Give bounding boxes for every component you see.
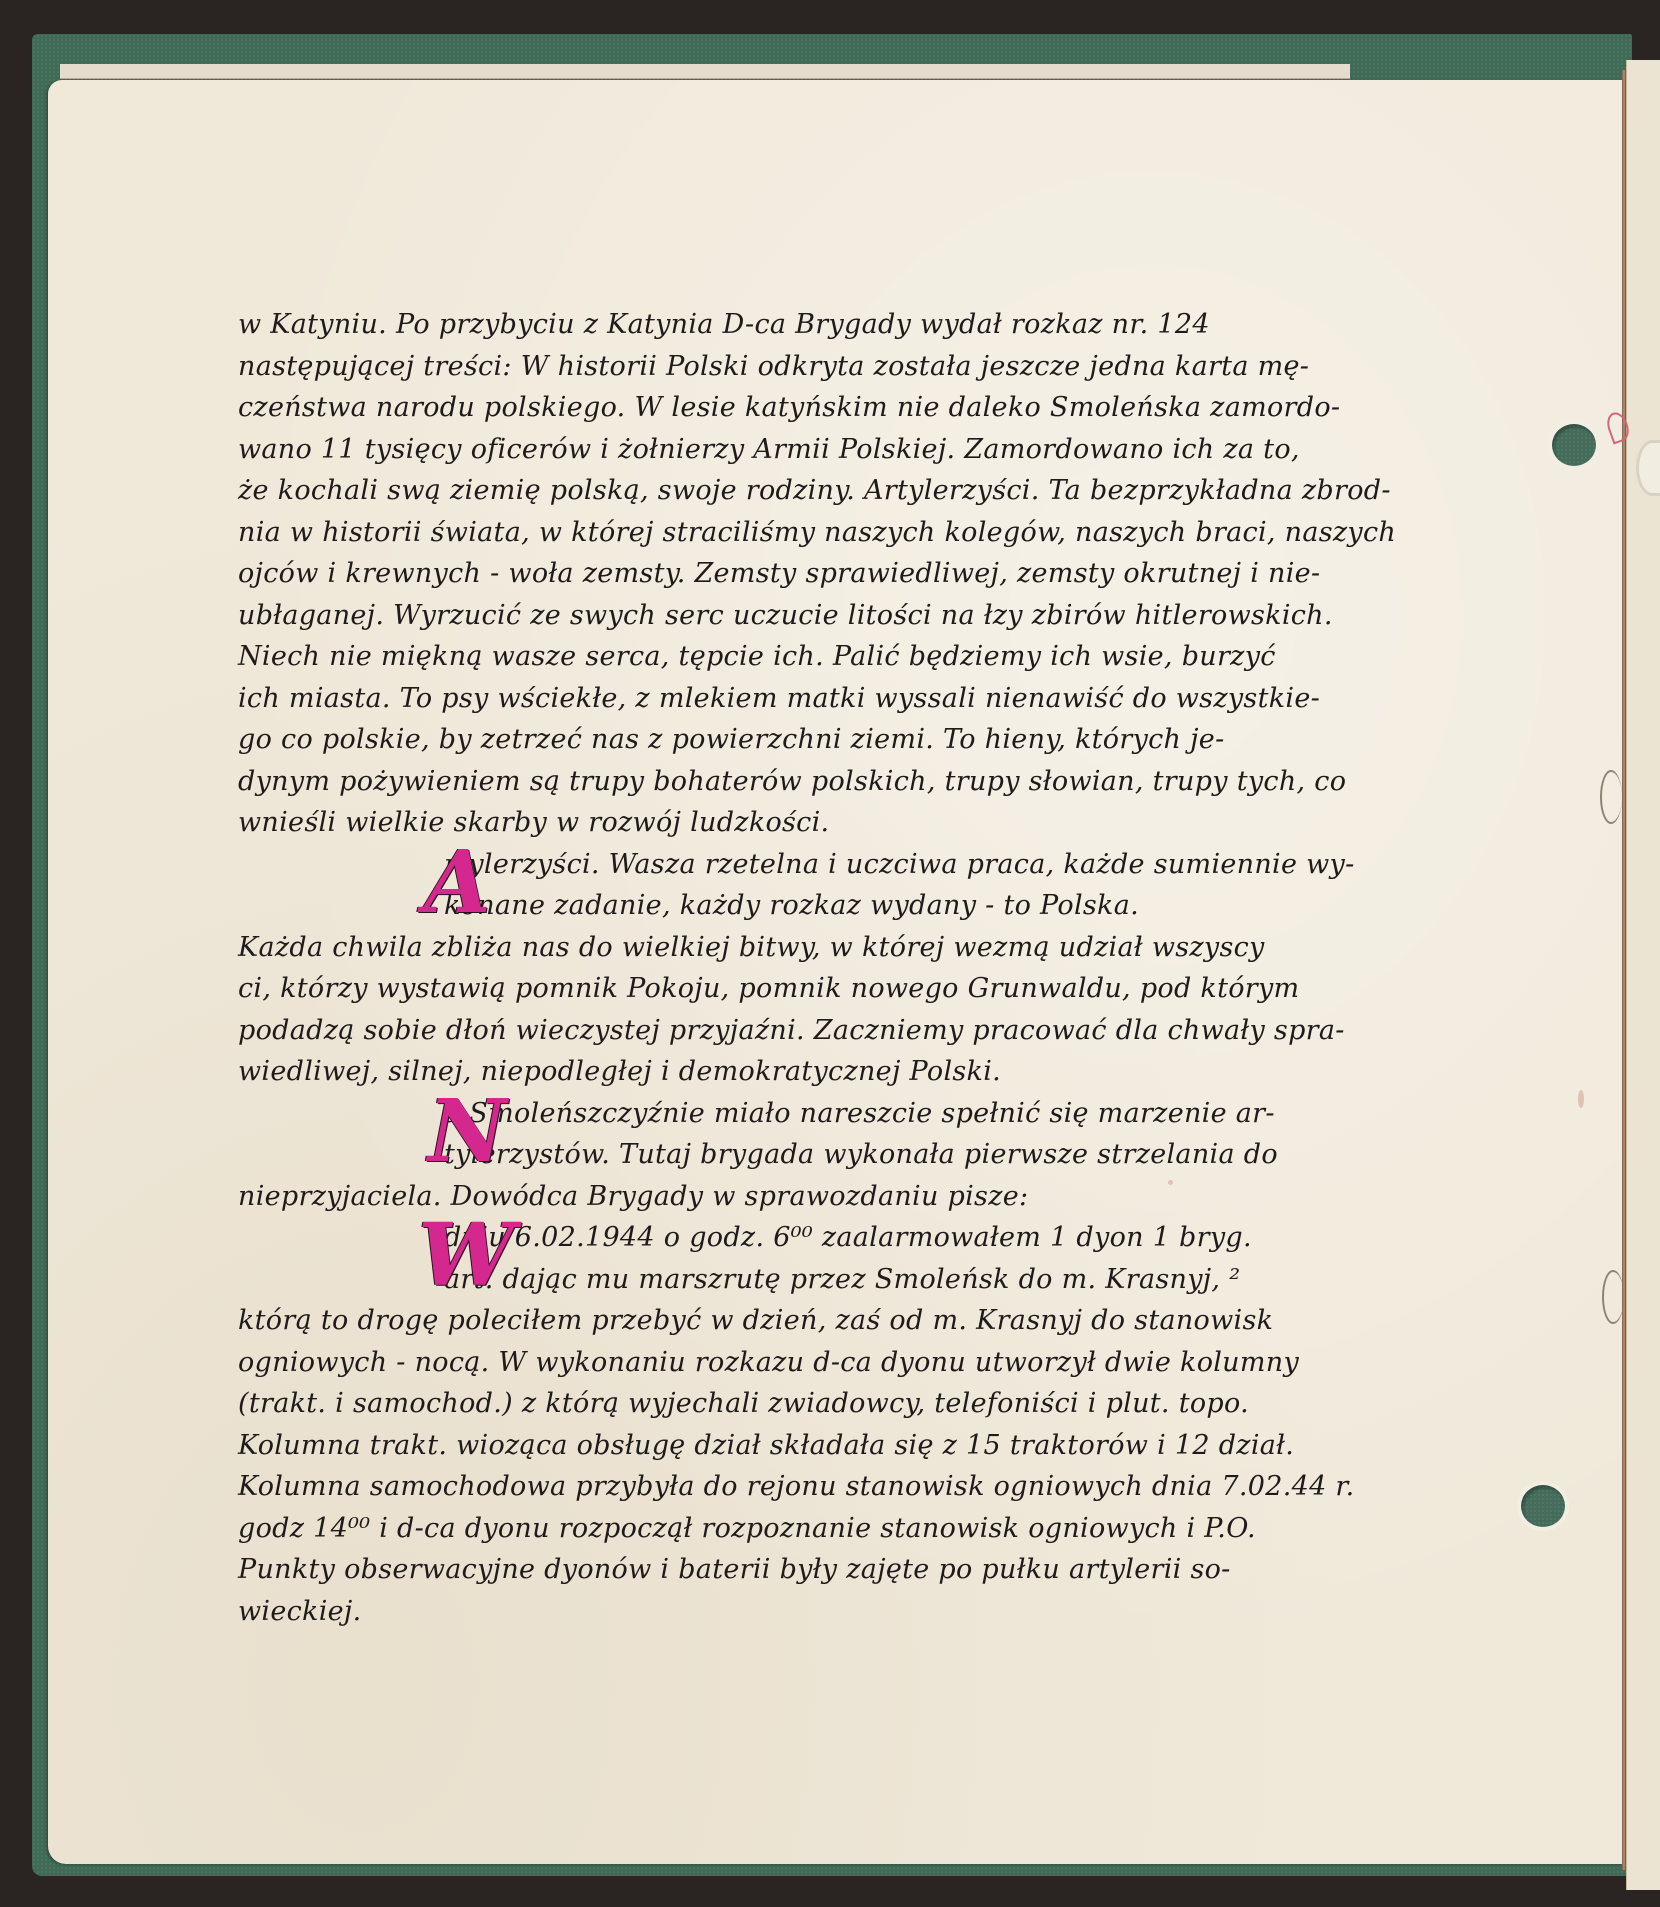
text-line: wano 11 tysięcy oficerów i żołnierzy Arm… <box>238 429 1428 471</box>
facing-page-edge <box>1626 60 1660 1890</box>
handwritten-text: w Katyniu. Po przybyciu z Katynia D-ca B… <box>238 304 1428 1632</box>
text-line: ojców i krewnych - woła zemsty. Zemsty s… <box>238 553 1428 595</box>
text-line: Kolumna trakt. wioząca obsługę dział skł… <box>238 1425 1428 1467</box>
paragraph-artillerymen: A rtylerzyści. Wasza rzetelna i uczciwa … <box>238 844 1428 1093</box>
text-line: dniu 6.02.1944 o godz. 6⁰⁰ zaalarmowałem… <box>238 1217 1428 1259</box>
text-line: następującej treści: W historii Polski o… <box>238 346 1428 388</box>
text-line: a Smoleńszczyźnie miało nareszcie spełni… <box>238 1093 1428 1135</box>
underlying-page-edge <box>60 64 1350 79</box>
text-line: (trakt. i samochod.) z którą wyjechali z… <box>238 1383 1428 1425</box>
punch-hole-bottom <box>1521 1485 1565 1527</box>
gray-binding-thread <box>1602 1270 1624 1324</box>
paragraph-katyn-order: w Katyniu. Po przybyciu z Katynia D-ca B… <box>238 304 1428 844</box>
binding-edge <box>1622 70 1626 1870</box>
text-line: dynym pożywieniem są trupy bohaterów pol… <box>238 761 1428 803</box>
text-line: godz 14⁰⁰ i d-ca dyonu rozpoczął rozpozn… <box>238 1508 1428 1550</box>
text-line: Kolumna samochodowa przybyła do rejonu s… <box>238 1466 1428 1508</box>
text-line: którą to drogę poleciłem przebyć w dzień… <box>238 1300 1428 1342</box>
text-line: wnieśli wielkie skarby w rozwój ludzkośc… <box>238 802 1428 844</box>
punch-hole-top <box>1552 424 1596 466</box>
decorated-initial-a: A <box>424 840 491 926</box>
text-line: że kochali swą ziemię polską, swoje rodz… <box>238 470 1428 512</box>
text-line: w Katyniu. Po przybyciu z Katynia D-ca B… <box>238 304 1428 346</box>
text-line: Niech nie miękną wasze serca, tępcie ich… <box>238 636 1428 678</box>
text-line: ubłaganej. Wyrzucić ze swych serc uczuci… <box>238 595 1428 637</box>
decorated-initial-n: N <box>428 1089 507 1175</box>
gray-binding-thread <box>1600 770 1622 824</box>
text-line: nieprzyjaciela. Dowódca Brygady w sprawo… <box>238 1176 1428 1218</box>
text-line: ci, którzy wystawią pomnik Pokoju, pomni… <box>238 968 1428 1010</box>
paragraph-smolensk-region: N a Smoleńszczyźnie miało nareszcie speł… <box>238 1093 1428 1218</box>
text-line: tylerzystów. Tutaj brygada wykonała pier… <box>238 1134 1428 1176</box>
text-line: art. dając mu marszrutę przez Smoleńsk d… <box>238 1259 1428 1301</box>
text-line: Punkty obserwacyjne dyonów i baterii był… <box>238 1549 1428 1591</box>
text-line: rtylerzyści. Wasza rzetelna i uczciwa pr… <box>238 844 1428 886</box>
text-line: podadzą sobie dłoń wieczystej przyjaźni.… <box>238 1010 1428 1052</box>
text-line: go co polskie, by zetrzeć nas z powierzc… <box>238 719 1428 761</box>
paper-stain <box>1578 1090 1584 1108</box>
text-line: nia w historii świata, w której stracili… <box>238 512 1428 554</box>
text-line: wieckiej. <box>238 1591 1428 1633</box>
paragraph-commander-report: W dniu 6.02.1944 o godz. 6⁰⁰ zaalarmował… <box>238 1217 1428 1632</box>
text-line: Każda chwila zbliża nas do wielkiej bitw… <box>238 927 1428 969</box>
text-line: czeństwa narodu polskiego. W lesie katyń… <box>238 387 1428 429</box>
text-line: konane zadanie, każdy rozkaz wydany - to… <box>238 885 1428 927</box>
text-line: wiedliwej, silnej, niepodległej i demokr… <box>238 1051 1428 1093</box>
decorated-initial-w: W <box>418 1213 515 1299</box>
text-line: ich miasta. To psy wściekłe, z mlekiem m… <box>238 678 1428 720</box>
text-line: ogniowych - nocą. W wykonaniu rozkazu d-… <box>238 1342 1428 1384</box>
